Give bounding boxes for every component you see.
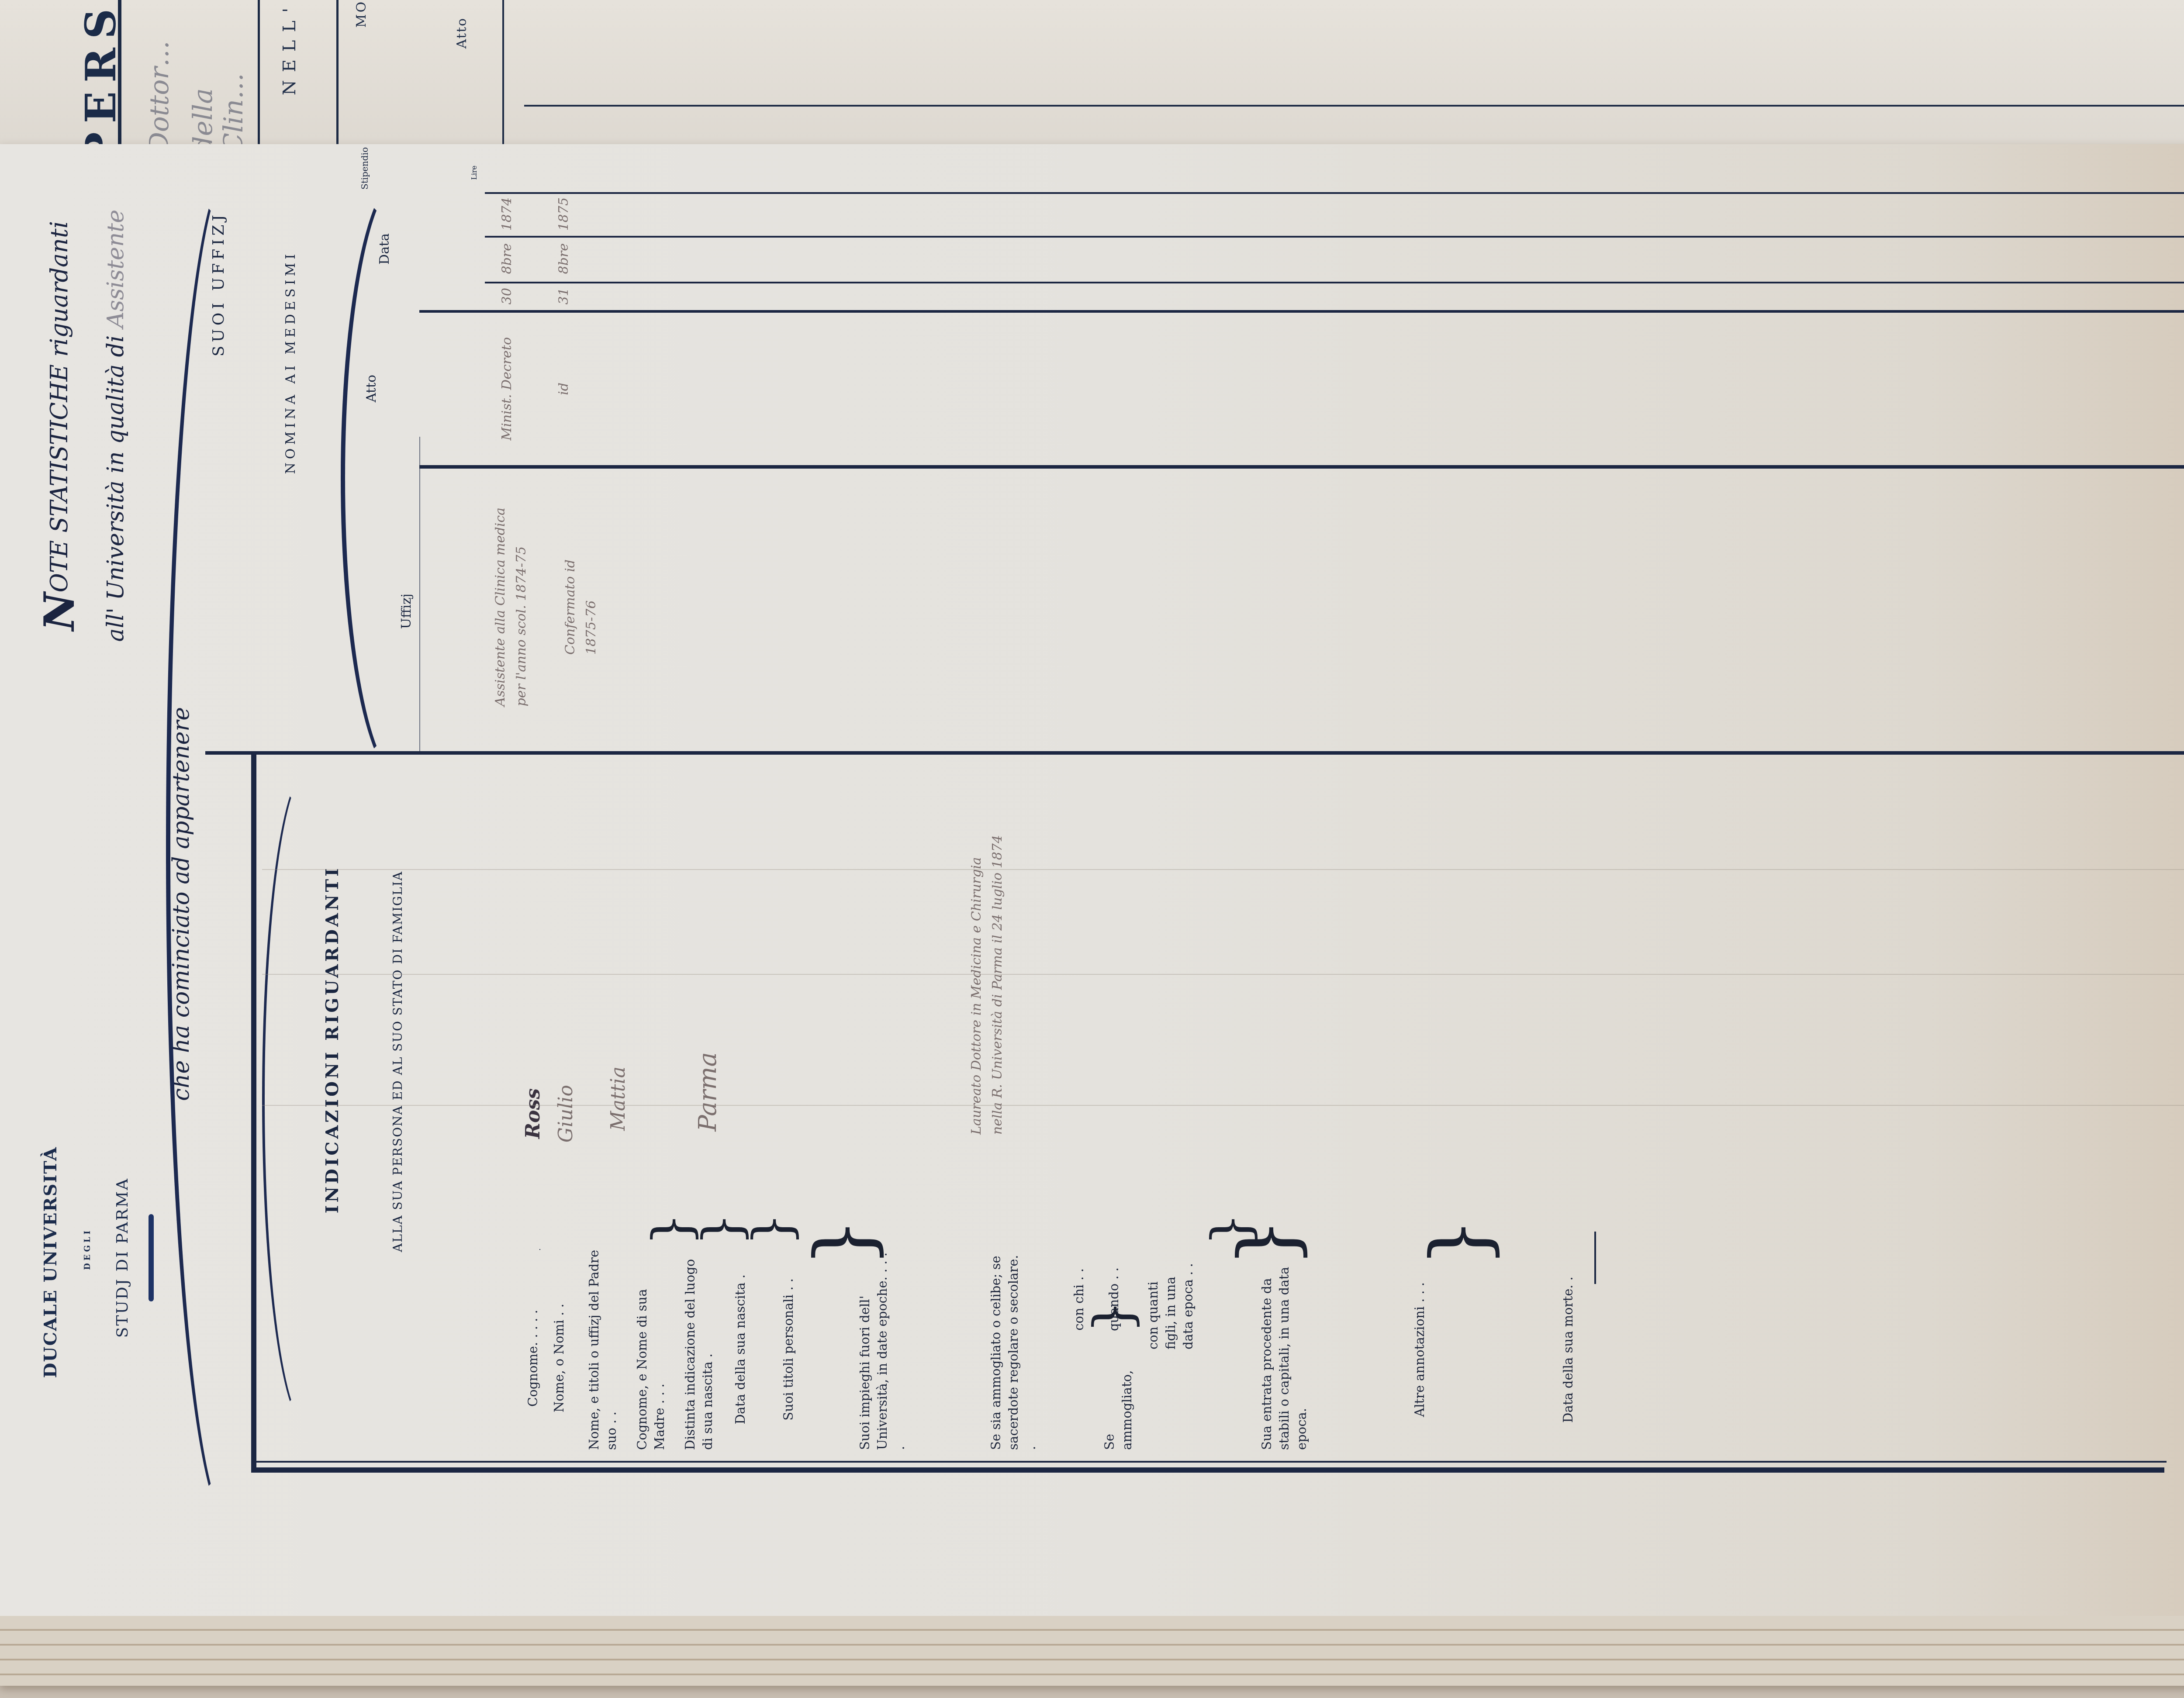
label-morte-text: Data della sua morte. .: [1559, 1277, 1577, 1423]
data-day-row-1: 30: [494, 283, 520, 309]
field-label-madre: Cognome, e Nome di sua Madre . . .: [629, 1249, 673, 1450]
label-cognome-text: Cognome. . . . .: [524, 1310, 542, 1407]
value-data-nascita: [738, 1048, 769, 1179]
ruled-line: [262, 1105, 2184, 1106]
title-line-2-wrap: all' Università in qualità di Assistente: [103, 210, 129, 642]
institution-line-3: STUDJ DI PARMA: [114, 1177, 131, 1338]
field-label-data-nascita: Data della sua nascita .: [725, 1249, 756, 1450]
form-title-text: NOTE STATISTICHE riguardanti: [35, 221, 84, 631]
brace-separator-padre: {: [650, 1213, 702, 1246]
col-lire-text: Lire: [470, 166, 478, 180]
back-mo-text: MO: [354, 0, 369, 28]
value-titoli-line-2: nella R. Università di Parma il 24 lugli…: [987, 835, 1008, 1135]
field-label-entrata: Sua entrata procedente da stabili o capi…: [1254, 1249, 1315, 1450]
col-atto-text: Atto: [364, 375, 379, 402]
back-rule: [336, 0, 339, 148]
value-titoli: Laureato Dottore in Medicina e Chirurgia…: [952, 756, 1022, 1214]
sep: [539, 1249, 540, 1250]
field-label-figli: con quanti figli, in una data epoca . .: [1136, 1249, 1206, 1349]
institution-line-1: DUCALE UNIVERSITÀ: [40, 1146, 61, 1378]
ornament-dash: [149, 1214, 154, 1301]
back-handwriting-1: Dottor…: [144, 9, 175, 153]
back-nell-text: NELL': [280, 0, 300, 95]
field-label-morte: Data della sua morte. .: [1555, 1249, 1581, 1450]
title-role-handwritten: Assistente: [103, 210, 129, 328]
label-madre-text: Cognome, e Nome di sua Madre . . .: [633, 1249, 668, 1450]
stipend-rule: [485, 192, 2184, 194]
frame-bottom-rule: [251, 1467, 2164, 1473]
data-year-row-2: 1875: [550, 194, 577, 234]
field-label-annotazioni: Altre annotazioni . . .: [1406, 1249, 1433, 1450]
col-header-data: Data: [371, 218, 397, 280]
indicazioni-text: INDICAZIONI RIGUARDANTI: [322, 866, 342, 1213]
back-rule: [502, 0, 504, 148]
brace-separator-madre: {: [700, 1213, 753, 1246]
label-luogo-text: Distinta indicazione del luogo di sua na…: [681, 1249, 716, 1450]
back-handwriting-2: della Clin…: [188, 9, 249, 153]
institution-name: DUCALE UNIVERSITÀ: [31, 1175, 70, 1349]
title-initial: N: [35, 592, 84, 631]
form-title-line-2: all' Università in qualità di Assistente: [92, 153, 140, 699]
value-padre: Mattia: [603, 1026, 633, 1170]
suoi-uffizj-heading: SUOI UFFIZJ: [201, 192, 236, 376]
value-padre-text: Mattia: [607, 1066, 629, 1131]
label-nome-text: Nome, o Nomi . .: [550, 1304, 568, 1412]
page-edges: [0, 1616, 2184, 1686]
col-header-lire: Lire: [467, 157, 480, 188]
value-titoli-stack: Laureato Dottore in Medicina e Chirurgia…: [966, 835, 1008, 1135]
back-section-nell: NELL': [280, 0, 300, 148]
field-label-padre: Nome, e titoli o uffizj del Padre suo . …: [581, 1249, 625, 1450]
atto-data-rule: [419, 310, 2184, 313]
field-label-con-chi: con chi . .: [1066, 1249, 1092, 1349]
ruled-line: [262, 869, 2184, 870]
col-header-uffizj: Uffizj: [393, 568, 419, 655]
atto-row-1: Minist. Decreto: [494, 314, 520, 463]
back-rule: [258, 0, 260, 148]
back-rule: [118, 0, 121, 148]
indicazioni-sub-text: ALLA SUA PERSONA ED AL SUO STATO DI FAMI…: [390, 871, 405, 1252]
section-divider-rule: [205, 751, 2184, 755]
col-header-stipendio: Stipendio: [356, 144, 373, 192]
uffizj-row-1-line-2: per l'anno scol. 1874-75: [511, 507, 532, 706]
institution-line-2: DEGLI: [83, 1228, 92, 1270]
data-month-row-1: 8bre: [494, 238, 520, 280]
back-page-title: PERS: [57, 0, 144, 148]
field-label-quando: quando . .: [1101, 1249, 1127, 1349]
brace-separator-impieghi: {: [1235, 1218, 1313, 1268]
nomina-heading: NOMINA AI MEDESIMI: [275, 227, 306, 498]
uffizj-atto-rule: [419, 465, 2184, 469]
indicazioni-heading: INDICAZIONI RIGUARDANTI: [314, 873, 349, 1205]
indicazioni-subheading: ALLA SUA PERSONA ED AL SUO STATO DI FAMI…: [384, 808, 411, 1315]
data-year-row-1-text: 1874: [499, 197, 515, 231]
field-label-ammogliato: Se sia ammogliato o celibe; se sacerdote…: [983, 1249, 1044, 1450]
brace-se-ammogliato: {: [1091, 1300, 1144, 1333]
inner-arc-right: [341, 175, 463, 782]
uffizj-row-2-stack: Confermato id 1875-76: [560, 559, 602, 655]
field-label-nome: Nome, o Nomi . .: [546, 1267, 572, 1450]
data-sub-rule-2: [485, 236, 2184, 238]
back-handwriting-text-2: della Clin…: [188, 9, 249, 153]
value-titoli-line-1: Laureato Dottore in Medicina e Chirurgia: [966, 835, 987, 1135]
label-ammogliato-text: Se sia ammogliato o celibe; se sacerdote…: [987, 1249, 1040, 1450]
field-label-luogo: Distinta indicazione del luogo di sua na…: [677, 1249, 721, 1450]
uffizj-row-1-line-1: Assistente alla Clinica medica: [490, 507, 511, 706]
label-entrata-text: Sua entrata procedente da stabili o capi…: [1258, 1249, 1310, 1450]
data-sub-rule-1: [485, 282, 2184, 283]
value-cognome: Ross: [518, 1048, 548, 1179]
atto-row-2: id: [550, 314, 577, 463]
label-annotazioni-text: Altre annotazioni . . .: [1411, 1282, 1428, 1417]
data-year-row-2-text: 1875: [556, 197, 571, 231]
field-label-impieghi: Suoi impieghi fuori dell' Università, in…: [852, 1249, 913, 1450]
back-atto: Atto: [454, 17, 470, 166]
field-label-titoli: Suoi titoli personali . .: [773, 1249, 804, 1450]
separator-morte: [1594, 1232, 1596, 1284]
label-con-chi-text: con chi . .: [1070, 1268, 1088, 1331]
frame-bottom-rule-thin: [253, 1461, 2167, 1463]
data-day-row-2: 31: [550, 283, 577, 309]
value-nome: Giulio: [550, 1048, 581, 1179]
data-year-row-1: 1874: [494, 194, 520, 234]
value-madre: [642, 1048, 673, 1179]
field-label-cognome: Cognome. . . . .: [520, 1267, 546, 1450]
col-uffizj-text: Uffizj: [399, 594, 414, 629]
value-luogo-text: Parma: [694, 1052, 722, 1132]
back-mo: MO: [354, 0, 369, 148]
back-hline: [524, 105, 2184, 107]
value-luogo: Parma: [690, 1004, 725, 1179]
suoi-uffizj-text: SUOI UFFIZJ: [210, 211, 228, 356]
atto-row-1-text: Minist. Decreto: [499, 337, 515, 441]
label-data-nascita-text: Data della sua nascita .: [732, 1274, 749, 1424]
atto-row-2-text: id: [556, 383, 571, 395]
form-title: NOTE STATISTICHE riguardanti: [31, 153, 87, 699]
uffizj-row-1: Assistente alla Clinica medica per l'ann…: [480, 472, 542, 742]
brace-separator-titoli: {: [811, 1218, 890, 1268]
data-day-row-1-text: 30: [499, 288, 515, 304]
nomina-text: NOMINA AI MEDESIMI: [283, 251, 298, 474]
value-cognome-text: Ross: [522, 1088, 544, 1139]
col-header-atto: Atto: [358, 354, 384, 424]
back-atto-text: Atto: [454, 17, 470, 48]
background-page: PERS Dottor… della Clin… NELL' MO Atto: [0, 0, 2184, 158]
value-nome-text: Giulio: [555, 1085, 577, 1142]
col-data-text: Data: [377, 233, 392, 265]
field-label-se-ammogliato: Se ammogliato,: [1092, 1363, 1144, 1450]
uffizj-row-2-line-1: Confermato id: [560, 559, 581, 655]
title-line-1: OTE STATISTICHE riguardanti: [45, 221, 73, 593]
title-line-2: all' Università in qualità di: [103, 335, 129, 642]
label-titoli-text: Suoi titoli personali . .: [780, 1278, 797, 1421]
institution-degli: DEGLI: [79, 1223, 96, 1275]
back-handwriting-text-1: Dottor…: [144, 41, 175, 153]
institution-studi: STUDJ DI PARMA: [105, 1192, 140, 1323]
uffizj-row-2: Confermato id 1875-76: [563, 472, 598, 742]
col-stipendio-text: Stipendio: [359, 147, 370, 190]
label-padre-text: Nome, e titoli o uffizj del Padre suo . …: [585, 1249, 620, 1450]
label-se-ammogliato-text: Se ammogliato,: [1101, 1363, 1136, 1450]
data-month-row-2-text: 8bre: [556, 243, 571, 274]
brace-separator-luogo: {: [750, 1213, 803, 1246]
data-month-row-1-text: 8bre: [499, 243, 515, 274]
label-impieghi-text: Suoi impieghi fuori dell' Università, in…: [856, 1249, 909, 1450]
brace-separator-annotazioni: {: [1427, 1218, 1506, 1268]
uffizj-row-1-stack: Assistente alla Clinica medica per l'ann…: [490, 507, 532, 706]
uffizj-row-2-line-2: 1875-76: [581, 559, 602, 655]
data-day-row-2-text: 31: [556, 288, 571, 304]
data-month-row-2: 8bre: [550, 238, 577, 280]
label-figli-text: con quanti figli, in una data epoca . .: [1144, 1249, 1197, 1349]
ruled-line: [262, 974, 2184, 975]
